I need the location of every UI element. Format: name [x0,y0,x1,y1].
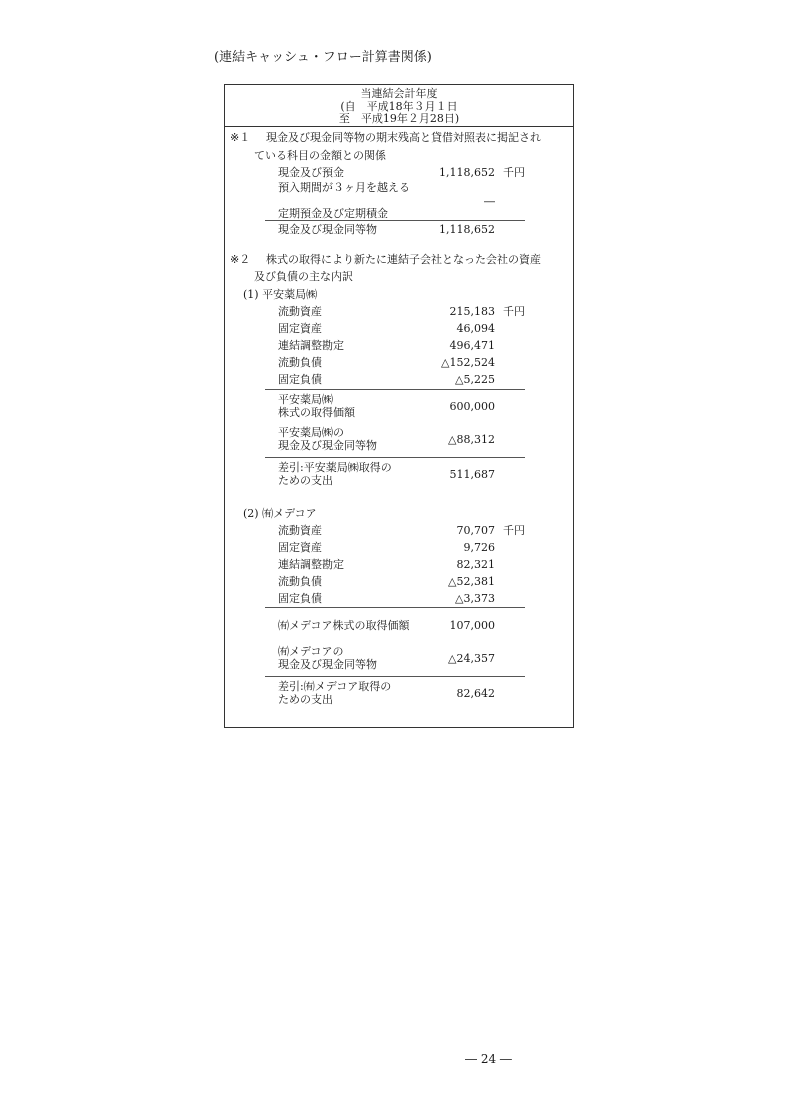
net-label: ための支出 [278,474,333,488]
note2-title-line2: 及び負債の主な内訳 [254,270,353,284]
header-divider [224,126,574,127]
row-label-total: 現金及び現金同等物 [278,223,377,237]
row-value-total: 1,118,652 [375,223,495,237]
net-label: ための支出 [278,693,333,707]
company-heading: (2) ㈲メデコア [243,507,317,521]
row-value: 215,183 [375,305,495,319]
acquisition-label: 株式の取得価額 [278,406,355,420]
net-value: 511,687 [375,468,495,482]
cash-value: △88,312 [375,433,495,447]
period-to: 至 平成19年２月28日) [224,112,574,126]
note1-title-line1: 現金及び現金同等物の期末残高と貸借対照表に掲記され [266,131,541,145]
row-label: 連結調整勘定 [278,339,344,353]
row-label: 固定資産 [278,322,322,336]
row-label: 連結調整勘定 [278,558,344,572]
unit-label: 千円 [503,305,525,319]
section-title: (連結キャッシュ・フロー計算書関係) [214,50,432,66]
row-value: 9,726 [375,541,495,555]
row-label: 流動資産 [278,524,322,538]
row-value: 70,707 [375,524,495,538]
cash-label: ㈲メデコアの [278,645,344,659]
period-title: 当連結会計年度 [224,87,574,101]
row-value: 496,471 [375,339,495,353]
row-label: 定期預金及び定期積金 [278,207,388,221]
acquisition-label: 平安薬局㈱ [278,393,333,407]
row-value: △5,225 [375,373,495,387]
subtotal-rule [265,607,525,608]
subtotal-rule [265,676,525,677]
cash-value: △24,357 [375,652,495,666]
subtotal-rule [265,457,525,458]
row-label: 固定負債 [278,373,322,387]
row-label: 固定負債 [278,592,322,606]
row-label: 預入期間が３ヶ月を越える [278,181,410,195]
net-value: 82,642 [375,687,495,701]
row-value: 46,094 [375,322,495,336]
row-value: △3,373 [375,592,495,606]
company-heading: (1) 平安薬局㈱ [243,288,317,302]
subtotal-rule [265,389,525,390]
row-value: 1,118,652 [375,166,495,180]
acquisition-value: 107,000 [375,619,495,633]
note2-title-line1: 株式の取得により新たに連結子会社となった会社の資産 [266,253,541,267]
cash-label: 平安薬局㈱の [278,426,344,440]
row-value: ― [375,195,495,209]
note1-title-line2: ている科目の金額との関係 [254,149,386,163]
row-label: 現金及び預金 [278,166,344,180]
unit-label: 千円 [503,524,525,538]
row-value: △152,524 [375,356,495,370]
acquisition-value: 600,000 [375,400,495,414]
cash-label: 現金及び現金同等物 [278,439,377,453]
row-label: 流動負債 [278,356,322,370]
subtotal-rule [265,220,525,221]
page-number: ― 24 ― [465,1052,512,1066]
row-label: 固定資産 [278,541,322,555]
row-label: 流動負債 [278,575,322,589]
row-value: 82,321 [375,558,495,572]
note2-marker: ※２ [230,253,250,267]
unit-label: 千円 [503,166,525,180]
cash-label: 現金及び現金同等物 [278,658,377,672]
note1-marker: ※１ [230,131,250,145]
row-label: 流動資産 [278,305,322,319]
row-value: △52,381 [375,575,495,589]
